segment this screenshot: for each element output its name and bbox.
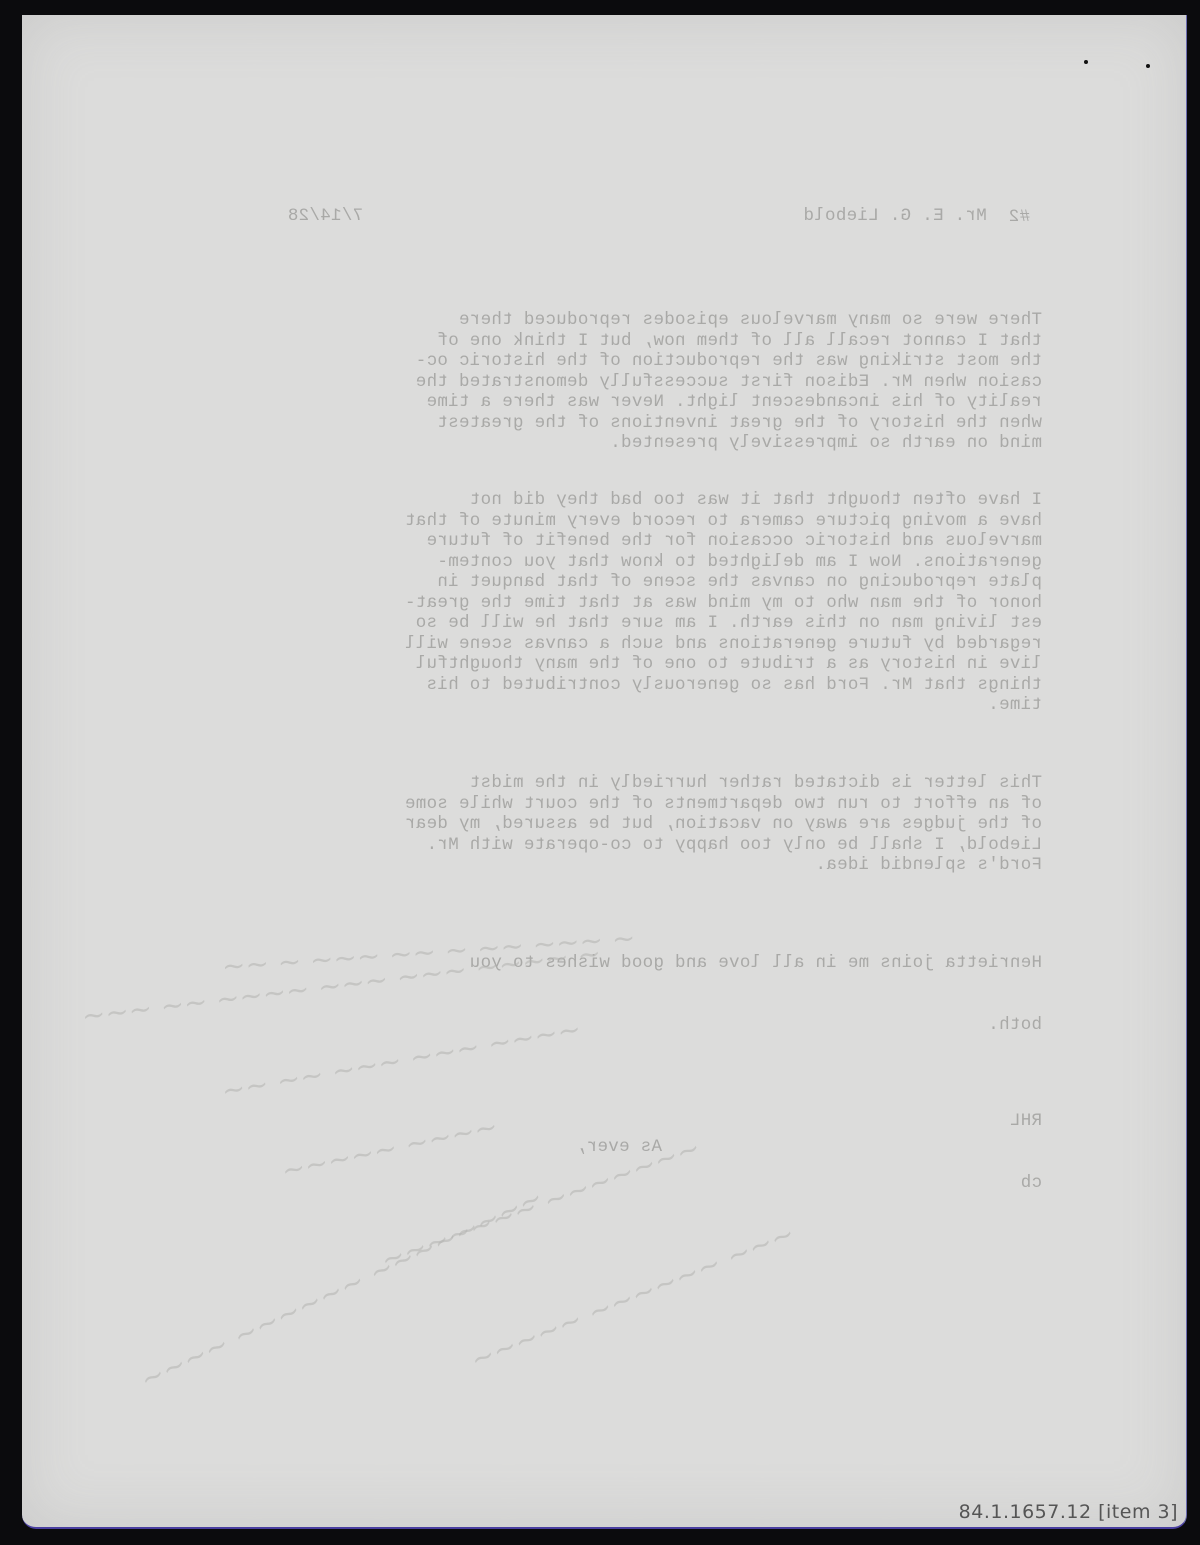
ink-speck (1084, 60, 1088, 64)
paragraph-2: I have often thought that it was too bad… (182, 490, 1042, 716)
closing-line-end: both. (182, 1015, 1042, 1036)
catalog-number: 84.1.1657.12 [item 3] (959, 1501, 1178, 1523)
ink-speck (1146, 64, 1150, 68)
paragraph-3: This letter is dictated rather hurriedly… (182, 773, 1042, 876)
letterhead-bleedthrough (122, 15, 1022, 165)
paragraph-1: There were so many marvelous episodes re… (182, 310, 1042, 454)
document-page: Mr. E. G. Liebold7/14/28 #2 There were s… (22, 15, 1187, 1529)
initials-author: RHL (182, 1111, 1042, 1132)
page-number: #2 (230, 207, 1030, 228)
